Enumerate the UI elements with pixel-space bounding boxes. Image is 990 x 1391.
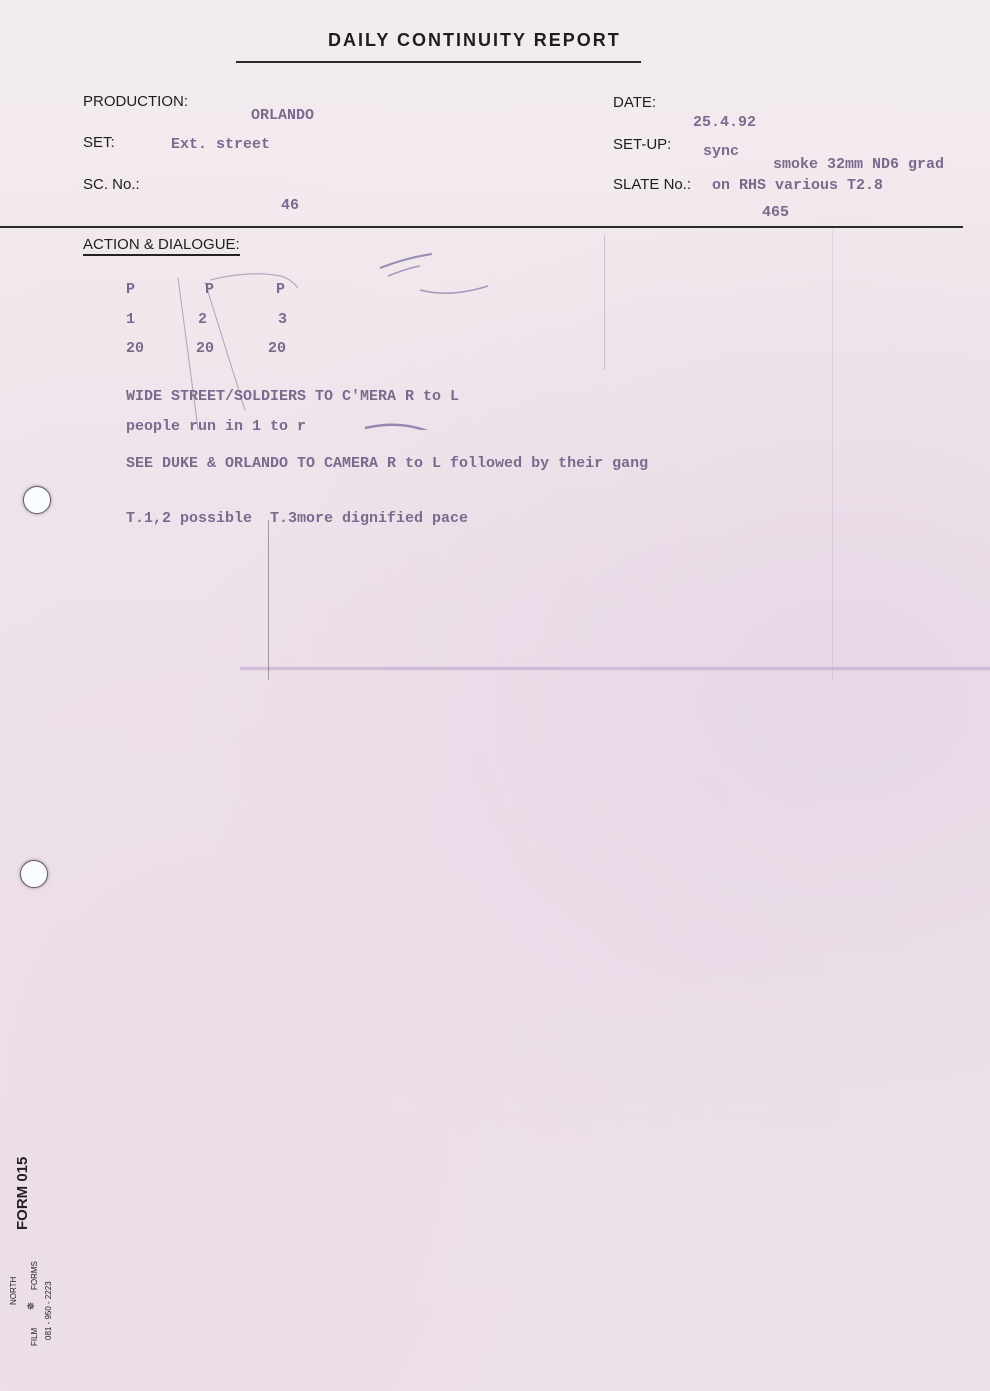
production-label: PRODUCTION:	[83, 93, 188, 110]
publisher-phone: 081 - 950 - 2223	[44, 1281, 53, 1340]
date-value: 25.4.92	[693, 114, 756, 131]
form-number: FORM 015	[14, 1157, 31, 1230]
pencil-mark	[604, 235, 605, 370]
form-title: DAILY CONTINUITY REPORT	[328, 30, 621, 51]
take-1-length: 20	[126, 340, 144, 357]
take-1-number: 1	[126, 311, 135, 328]
title-underline	[236, 61, 641, 63]
scene-no-label: SC. No.:	[83, 176, 140, 193]
header-divider	[0, 226, 963, 228]
punch-hole-lower	[20, 860, 48, 888]
set-value: Ext. street	[171, 136, 270, 153]
publisher-north: NORTH	[9, 1277, 18, 1305]
punch-hole-upper	[23, 486, 51, 514]
action-line-3: SEE DUKE & ORLANDO TO CAMERA R to L foll…	[126, 455, 648, 472]
production-value: ORLANDO	[251, 107, 314, 124]
setup-value-line2: smoke 32mm ND6 grad	[773, 156, 944, 173]
pencil-mark	[268, 520, 269, 680]
date-label: DATE:	[613, 94, 656, 111]
slate-no-label: SLATE No.:	[613, 176, 691, 193]
publisher-film: FILM	[30, 1328, 39, 1346]
compass-logo-icon: ✵	[26, 1300, 35, 1313]
set-label: SET:	[83, 134, 115, 151]
paper-fold-crease	[240, 666, 990, 671]
setup-value-line1: sync	[703, 143, 739, 160]
setup-label: SET-UP:	[613, 136, 671, 153]
take-1-label: P	[126, 281, 135, 298]
slate-no-value: 465	[762, 204, 789, 221]
setup-value-line3: on RHS various T2.8	[712, 177, 883, 194]
action-line-4: T.1,2 possible T.3more dignified pace	[126, 510, 468, 527]
pencil-mark	[832, 230, 833, 680]
scene-no-value: 46	[281, 197, 299, 214]
action-line-2: people run in 1 to r	[126, 418, 306, 435]
publisher-forms: FORMS	[30, 1261, 39, 1290]
action-line-1: WIDE STREET/SOLDIERS TO C'MERA R to L	[126, 388, 459, 405]
